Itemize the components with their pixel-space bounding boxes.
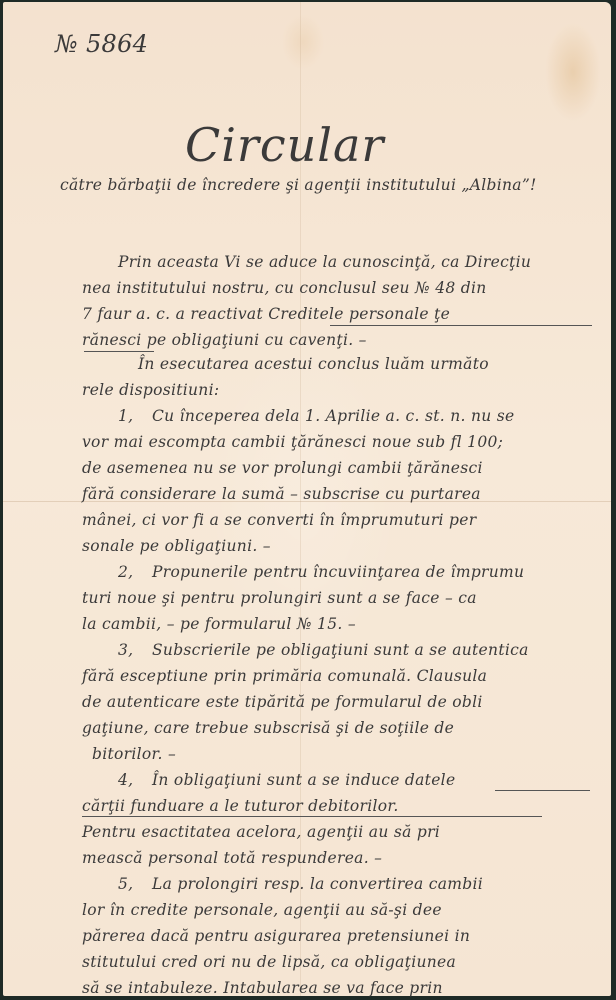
p3-number: 3,: [118, 641, 133, 659]
underline-ranesci: [84, 351, 154, 352]
p2-line-3: la cambii, – pe formularul № 15. –: [82, 615, 356, 633]
p1-line-1: Cu începerea dela 1. Aprilie a. c. st. n…: [152, 407, 514, 425]
exec-line-1: În esecutarea acestui conclus luăm următ…: [138, 355, 489, 373]
p1-line-3: de asemenea nu se vor prolungi cambii ţă…: [82, 459, 483, 477]
p1-line-4: fără considerare la sumă – subscrise cu …: [82, 485, 481, 503]
intro-line-2: nea institutului nostru, cu conclusul se…: [82, 279, 487, 297]
p3-line-4: gaţiune, care trebue subscrisă şi de soţ…: [82, 719, 454, 737]
p4-line-4: mească personal totă respunderea. –: [82, 849, 382, 867]
p4-number: 4,: [118, 771, 133, 789]
p2-line-2: turi noue şi pentru prolungiri sunt a se…: [82, 589, 477, 607]
p1-line-6: sonale pe obligaţiuni. –: [82, 537, 271, 555]
p5-line-4: stitutului cred ori nu de lipsă, ca obli…: [82, 953, 456, 971]
underline-datele: [495, 790, 590, 791]
p3-line-1: Subscrierile pe obligaţiuni sunt a se au…: [152, 641, 529, 659]
intro-line-1: Prin aceasta Vi se aduce la cunoscinţă, …: [118, 253, 531, 271]
p2-number: 2,: [118, 563, 133, 581]
underline-cartii-funduare: [82, 816, 542, 817]
intro-line-3-text: 7 faur a. c. a reactivat Creditele perso…: [82, 305, 450, 323]
p5-line-3: părerea dacă pentru asigurarea pretensiu…: [82, 927, 470, 945]
p5-line-1: La prolongiri resp. la convertirea cambi…: [152, 875, 483, 893]
underline-creditele: [330, 325, 592, 326]
p4-line-3: Pentru esactitatea acelora, agenţii au s…: [82, 823, 440, 841]
p3-line-2: fără esceptiune prin primăria comunală. …: [82, 667, 487, 685]
p3-line-5: bitorilor. –: [92, 745, 176, 763]
p1-line-2: vor mai escompta cambii ţărănesci noue s…: [82, 433, 503, 451]
document-title: Circular: [185, 118, 384, 172]
p4-line-2: cărţii funduare a le tuturor debitorilor…: [82, 797, 399, 815]
p5-line-5: să se intabuleze. Intabularea se va face…: [82, 979, 443, 997]
p1-number: 1,: [118, 407, 133, 425]
intro-line-4: rănesci pe obligaţiuni cu cavenţi. –: [82, 331, 367, 349]
p5-line-2: lor în credite personale, agenţii au să-…: [82, 901, 442, 919]
p3-line-3: de autenticare este tipărită pe formular…: [82, 693, 483, 711]
exec-line-2: rele dispositiuni:: [82, 381, 219, 399]
intro-line-3: 7 faur a. c. a reactivat Creditele perso…: [82, 305, 450, 323]
document-number: № 5864: [55, 30, 148, 58]
p5-number: 5,: [118, 875, 133, 893]
p1-line-5: mânei, ci vor fi a se converti în împrum…: [82, 511, 476, 529]
p2-line-1: Propunerile pentru încuviinţarea de împr…: [152, 563, 524, 581]
p4-line-1: În obligaţiuni sunt a se induce datele: [152, 771, 455, 789]
document-subtitle: către bărbaţii de încredere şi agenţii i…: [60, 176, 537, 194]
